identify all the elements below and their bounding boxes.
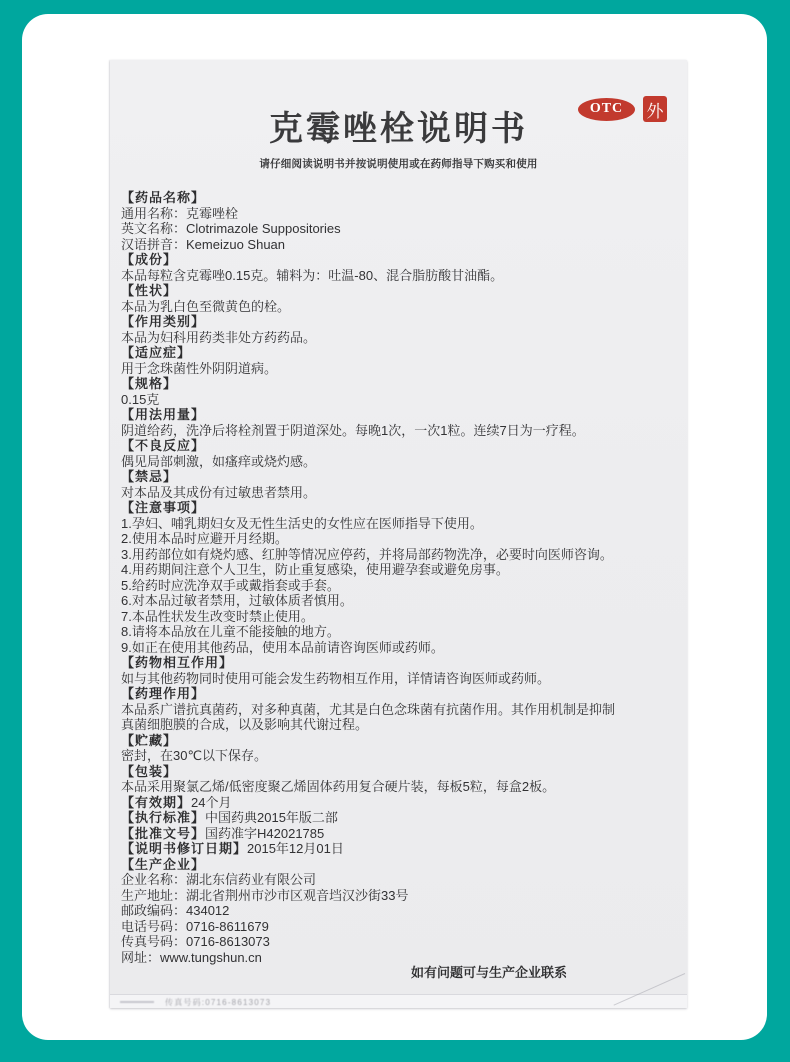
line-text: 3.用药部位如有烧灼感、红肿等情况应停药，并将局部药物洗净，必要时向医师咨询。 bbox=[121, 547, 613, 562]
section-heading-line: 【贮藏】 bbox=[121, 733, 679, 749]
external-use-badge: 外 bbox=[643, 96, 667, 122]
section-heading: 【性状】 bbox=[121, 283, 177, 298]
doc-line: 电话号码：0716-8611679 bbox=[121, 919, 679, 935]
doc-line: 本品采用聚氯乙烯/低密度聚乙烯固体药用复合硬片装，每板5粒，每盒2板。 bbox=[121, 779, 679, 795]
doc-line: 对本品及其成份有过敏患者禁用。 bbox=[121, 485, 679, 501]
line-text: 9.如正在使用其他药品，使用本品前请咨询医师或药师。 bbox=[121, 640, 444, 655]
doc-line: 真菌细胞膜的合成，以及影响其代谢过程。 bbox=[121, 717, 679, 733]
line-text: 中国药典2015年版二部 bbox=[205, 810, 338, 825]
doc-line: 如与其他药物同时使用可能会发生药物相互作用，详情请咨询医师或药师。 bbox=[121, 671, 679, 687]
line-text: 网址：www.tungshun.cn bbox=[121, 950, 262, 965]
badge-row: OTC 外 bbox=[578, 96, 667, 122]
line-text: 偶见局部刺激，如瘙痒或烧灼感。 bbox=[121, 454, 316, 469]
line-text: 2015年12月01日 bbox=[247, 841, 344, 856]
doc-line: 2.使用本品时应避开月经期。 bbox=[121, 531, 679, 547]
line-text: 本品采用聚氯乙烯/低密度聚乙烯固体药用复合硬片装，每板5粒，每盒2板。 bbox=[121, 779, 555, 794]
line-text: 国药准字H42021785 bbox=[205, 826, 324, 841]
line-text: 8.请将本品放在儿童不能接触的地方。 bbox=[121, 624, 340, 639]
product-photo: { "page": { "background_color": "#00a79e… bbox=[0, 0, 790, 1062]
section-heading-line: 【药品名称】 bbox=[121, 190, 679, 206]
section-heading-line: 【适应症】 bbox=[121, 345, 679, 361]
section-heading: 【适应症】 bbox=[121, 345, 191, 360]
doc-line: 3.用药部位如有烧灼感、红肿等情况应停药，并将局部药物洗净，必要时向医师咨询。 bbox=[121, 547, 679, 563]
section-heading: 【批准文号】 bbox=[121, 826, 205, 841]
doc-line: 网址：www.tungshun.cn bbox=[121, 950, 679, 966]
doc-line: 【执行标准】中国药典2015年版二部 bbox=[121, 810, 679, 826]
doc-line: 密封，在30℃以下保存。 bbox=[121, 748, 679, 764]
section-heading-line: 【禁忌】 bbox=[121, 469, 679, 485]
image-card: OTC 外 克霉唑栓说明书 请仔细阅读说明书并按说明使用或在药师指导下购买和使用… bbox=[22, 14, 767, 1040]
section-heading-line: 【用法用量】 bbox=[121, 407, 679, 423]
line-text: 用于念珠菌性外阴阴道病。 bbox=[121, 361, 277, 376]
section-heading: 【执行标准】 bbox=[121, 810, 205, 825]
line-text: 阴道给药，洗净后将栓剂置于阴道深处。每晚1次，一次1粒。连续7日为一疗程。 bbox=[121, 423, 585, 438]
doc-line: 本品为妇科用药类非处方药药品。 bbox=[121, 330, 679, 346]
line-text: 0.15克 bbox=[121, 392, 159, 407]
line-text: 2.使用本品时应避开月经期。 bbox=[121, 531, 288, 546]
line-text: 本品系广谱抗真菌药，对多种真菌，尤其是白色念珠菌有抗菌作用。其作用机制是抑制 bbox=[121, 702, 615, 717]
doc-line: 通用名称：克霉唑栓 bbox=[121, 206, 679, 222]
section-heading: 【有效期】 bbox=[121, 795, 191, 810]
section-heading: 【规格】 bbox=[121, 376, 177, 391]
otc-badge: OTC bbox=[578, 98, 635, 121]
doc-line: 4.用药期间注意个人卫生，防止重复感染，使用避孕套或避免房事。 bbox=[121, 562, 679, 578]
line-text: 本品每粒含克霉唑0.15克。辅料为：吐温-80、混合脂肪酸甘油酯。 bbox=[121, 268, 503, 283]
doc-line: 企业名称：湖北东信药业有限公司 bbox=[121, 872, 679, 888]
section-heading: 【药理作用】 bbox=[121, 686, 205, 701]
section-heading: 【说明书修订日期】 bbox=[121, 841, 247, 856]
doc-line: 汉语拼音：Kemeizuo Shuan bbox=[121, 237, 679, 253]
leaflet-page: OTC 外 克霉唑栓说明书 请仔细阅读说明书并按说明使用或在药师指导下购买和使用… bbox=[110, 60, 687, 1008]
doc-line: 9.如正在使用其他药品，使用本品前请咨询医师或药师。 bbox=[121, 640, 679, 656]
section-heading-line: 【作用类别】 bbox=[121, 314, 679, 330]
section-heading: 【包装】 bbox=[121, 764, 177, 779]
line-text: 对本品及其成份有过敏患者禁用。 bbox=[121, 485, 316, 500]
leaflet-subtitle: 请仔细阅读说明书并按说明使用或在药师指导下购买和使用 bbox=[110, 156, 687, 171]
line-text: 本品为乳白色至微黄色的栓。 bbox=[121, 299, 290, 314]
line-text: 6.对本品过敏者禁用，过敏体质者慎用。 bbox=[121, 593, 353, 608]
section-heading-line: 【药理作用】 bbox=[121, 686, 679, 702]
section-heading-line: 【包装】 bbox=[121, 764, 679, 780]
doc-line: 【批准文号】国药准字H42021785 bbox=[121, 826, 679, 842]
doc-line: 【说明书修订日期】2015年12月01日 bbox=[121, 841, 679, 857]
section-heading: 【作用类别】 bbox=[121, 314, 205, 329]
section-heading-line: 【药物相互作用】 bbox=[121, 655, 679, 671]
doc-line: 0.15克 bbox=[121, 392, 679, 408]
line-text: 24个月 bbox=[191, 795, 231, 810]
section-heading: 【注意事项】 bbox=[121, 500, 205, 515]
doc-line: 阴道给药，洗净后将栓剂置于阴道深处。每晚1次，一次1粒。连续7日为一疗程。 bbox=[121, 423, 679, 439]
doc-line: 5.给药时应洗净双手或戴指套或手套。 bbox=[121, 578, 679, 594]
section-heading: 【生产企业】 bbox=[121, 857, 205, 872]
line-text: 如与其他药物同时使用可能会发生药物相互作用，详情请咨询医师或药师。 bbox=[121, 671, 550, 686]
doc-line: 英文名称：Clotrimazole Suppositories bbox=[121, 221, 679, 237]
line-text: 密封，在30℃以下保存。 bbox=[121, 748, 267, 763]
doc-line: 6.对本品过敏者禁用，过敏体质者慎用。 bbox=[121, 593, 679, 609]
line-text: 真菌细胞膜的合成，以及影响其代谢过程。 bbox=[121, 717, 368, 732]
doc-line: 传真号码：0716-8613073 bbox=[121, 934, 679, 950]
line-text: 英文名称：Clotrimazole Suppositories bbox=[121, 221, 341, 236]
section-heading-line: 【注意事项】 bbox=[121, 500, 679, 516]
doc-line: 邮政编码：434012 bbox=[121, 903, 679, 919]
leaflet-body: 【药品名称】通用名称：克霉唑栓英文名称：Clotrimazole Supposi… bbox=[121, 190, 679, 981]
doc-line: 本品为乳白色至微黄色的栓。 bbox=[121, 299, 679, 315]
contact-note: 如有问题可与生产企业联系 bbox=[121, 965, 679, 981]
line-text: 传真号码：0716-8613073 bbox=[121, 934, 270, 949]
section-heading: 【药物相互作用】 bbox=[121, 655, 233, 670]
line-text: 7.本品性状发生改变时禁止使用。 bbox=[121, 609, 314, 624]
section-heading-line: 【规格】 bbox=[121, 376, 679, 392]
section-heading-line: 【性状】 bbox=[121, 283, 679, 299]
line-text: 汉语拼音：Kemeizuo Shuan bbox=[121, 237, 285, 252]
doc-line: 生产地址：湖北省荆州市沙市区观音垱汉沙街33号 bbox=[121, 888, 679, 904]
section-heading-line: 【不良反应】 bbox=[121, 438, 679, 454]
doc-line: 1.孕妇、哺乳期妇女及无性生活史的女性应在医师指导下使用。 bbox=[121, 516, 679, 532]
page-fold-edge: 传真号码:0716-8613073 bbox=[110, 994, 687, 1008]
fold-ghost-text: 传真号码:0716-8613073 bbox=[165, 997, 271, 1008]
fold-smudge bbox=[120, 1001, 154, 1003]
doc-line: 本品系广谱抗真菌药，对多种真菌，尤其是白色念珠菌有抗菌作用。其作用机制是抑制 bbox=[121, 702, 679, 718]
line-text: 通用名称：克霉唑栓 bbox=[121, 206, 238, 221]
section-heading: 【不良反应】 bbox=[121, 438, 205, 453]
doc-line: 7.本品性状发生改变时禁止使用。 bbox=[121, 609, 679, 625]
section-heading: 【禁忌】 bbox=[121, 469, 177, 484]
line-text: 生产地址：湖北省荆州市沙市区观音垱汉沙街33号 bbox=[121, 888, 408, 903]
doc-line: 偶见局部刺激，如瘙痒或烧灼感。 bbox=[121, 454, 679, 470]
line-text: 电话号码：0716-8611679 bbox=[121, 919, 269, 934]
doc-line: 用于念珠菌性外阴阴道病。 bbox=[121, 361, 679, 377]
section-heading-line: 【生产企业】 bbox=[121, 857, 679, 873]
line-text: 本品为妇科用药类非处方药药品。 bbox=[121, 330, 316, 345]
section-heading-line: 【成份】 bbox=[121, 252, 679, 268]
doc-line: 本品每粒含克霉唑0.15克。辅料为：吐温-80、混合脂肪酸甘油酯。 bbox=[121, 268, 679, 284]
section-heading: 【贮藏】 bbox=[121, 733, 177, 748]
section-heading: 【成份】 bbox=[121, 252, 177, 267]
line-text: 4.用药期间注意个人卫生，防止重复感染，使用避孕套或避免房事。 bbox=[121, 562, 509, 577]
line-text: 邮政编码：434012 bbox=[121, 903, 229, 918]
doc-line: 【有效期】24个月 bbox=[121, 795, 679, 811]
section-heading: 【用法用量】 bbox=[121, 407, 205, 422]
line-text: 企业名称：湖北东信药业有限公司 bbox=[121, 872, 316, 887]
doc-line: 8.请将本品放在儿童不能接触的地方。 bbox=[121, 624, 679, 640]
section-heading: 【药品名称】 bbox=[121, 190, 205, 205]
line-text: 5.给药时应洗净双手或戴指套或手套。 bbox=[121, 578, 340, 593]
line-text: 1.孕妇、哺乳期妇女及无性生活史的女性应在医师指导下使用。 bbox=[121, 516, 483, 531]
